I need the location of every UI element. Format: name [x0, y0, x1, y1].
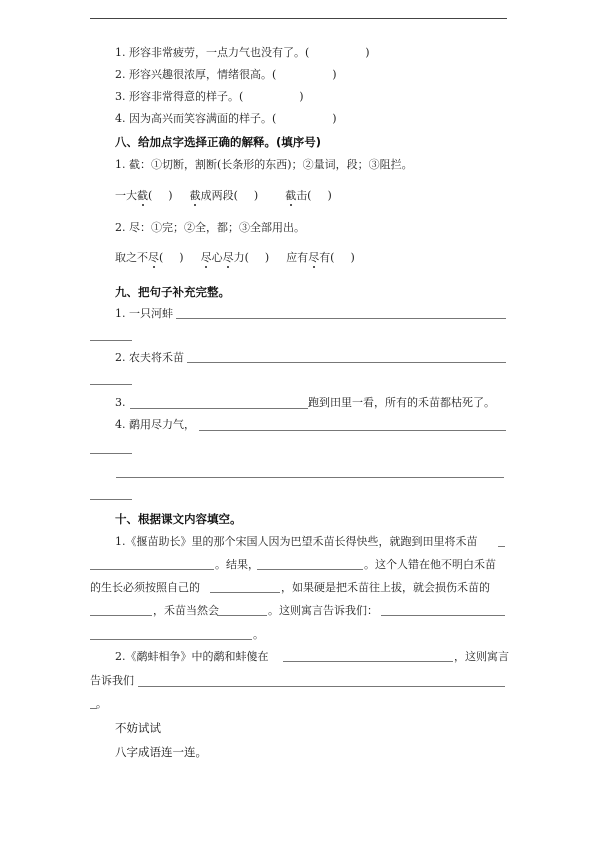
- item-number: 2.: [115, 68, 126, 81]
- p1-line-1: 1.《揠苗助长》里的那个宋国人因为巴望禾苗长得快些，就跑到田里将禾苗: [115, 535, 478, 549]
- p1-line-2b: 。这个人错在他不明白禾苗: [364, 558, 496, 572]
- p1-blank-5[interactable]: [217, 615, 267, 616]
- sentence-1-answer-line-cont[interactable]: [90, 340, 132, 341]
- idiom-item-2: 2. 形容兴趣很浓厚，情绪很高。(): [115, 68, 337, 82]
- p1-blank-1[interactable]: [90, 569, 214, 570]
- sentence-3-answer-line[interactable]: [130, 408, 308, 409]
- p2-line-1b: ，这则寓言: [454, 650, 509, 664]
- extra-subtitle: 八字成语连一连。: [115, 744, 207, 760]
- p1-blank-6[interactable]: [381, 615, 505, 616]
- sentence-3-label: 3.: [115, 396, 126, 410]
- q2-definition: 2. 尽：①完；②全，都；③全部用出。: [115, 221, 305, 235]
- p2-line-3: 。: [96, 697, 107, 711]
- sentence-2-answer-line-cont[interactable]: [90, 384, 132, 385]
- p1-line-4b: 。这则寓言告诉我们：: [268, 604, 378, 618]
- q1-options: 一大截() 截成两段() 截击(): [115, 189, 332, 203]
- p1-blank-2[interactable]: [257, 569, 363, 570]
- p1-blank-4[interactable]: [90, 615, 152, 616]
- item-text: 形容非常得意的样子。(: [129, 90, 243, 103]
- header-rule: [90, 18, 507, 19]
- q1-definition: 1. 截：①切断，割断(长条形的东西)；②量词，段；③阻拦。: [115, 158, 413, 172]
- dotted-char: 尽: [308, 251, 319, 265]
- item-text: 形容非常疲劳，一点力气也没有了。(: [129, 46, 309, 59]
- p2-line-1a: 2.《鹬蚌相争》中的鹬和蚌傻在: [115, 650, 269, 664]
- sentence-3-suffix: 跑到田里一看，所有的禾苗都枯死了。: [308, 396, 495, 410]
- sentence-1-label: 1. 一只河蚌: [115, 307, 173, 321]
- paren-close: ): [332, 112, 336, 125]
- sentence-2-label: 2. 农夫将禾苗: [115, 351, 184, 365]
- p1-line-3b: ，如果硬是把禾苗往上拔，就会损伤禾苗的: [281, 581, 490, 595]
- dotted-char: 截: [190, 189, 201, 203]
- dotted-char: 截: [285, 189, 296, 203]
- dotted-char: 尽: [201, 251, 212, 265]
- p2-blank-1[interactable]: [283, 661, 453, 662]
- p2-blank-2[interactable]: [138, 686, 505, 687]
- section-8-title: 八、给加点字选择正确的解释。(填序号): [115, 134, 321, 150]
- sentence-4-answer-line-cont[interactable]: [90, 453, 132, 454]
- paren-close: ): [299, 90, 303, 103]
- item-text: 形容兴趣很浓厚，情绪很高。(: [129, 68, 276, 81]
- sentence-4-label: 4. 鹬用尽力气，: [115, 418, 195, 432]
- p1-line-3a: 的生长必须按照自己的: [90, 581, 200, 595]
- idiom-item-1: 1. 形容非常疲劳，一点力气也没有了。(): [115, 46, 370, 60]
- p1-blank-3[interactable]: [210, 592, 280, 593]
- dotted-char: 尽: [148, 251, 159, 265]
- item-number: 1.: [115, 46, 126, 59]
- dotted-char: 尽: [223, 251, 234, 265]
- q2-options: 取之不尽() 尽心尽力() 应有尽有(): [115, 251, 355, 265]
- sentence-2-answer-line[interactable]: [187, 362, 506, 363]
- item-text: 因为高兴而笑容满面的样子。(: [129, 112, 276, 125]
- section-10-title: 十、根据课文内容填空。: [115, 511, 242, 527]
- item-number: 4.: [115, 112, 126, 125]
- paren-close: ): [365, 46, 369, 59]
- p2-line-2: 告诉我们: [90, 674, 134, 688]
- p1-blank-6-cont[interactable]: [90, 639, 252, 640]
- p1-line-4a: ，禾苗当然会: [153, 604, 219, 618]
- sentence-1-answer-line[interactable]: [176, 318, 506, 319]
- sentence-4-answer-line-2-cont[interactable]: [90, 499, 132, 500]
- idiom-item-3: 3. 形容非常得意的样子。(): [115, 90, 304, 104]
- item-number: 3.: [115, 90, 126, 103]
- p1-blank-1a[interactable]: [498, 546, 505, 547]
- extra-title: 不妨试试: [115, 720, 161, 736]
- p1-line-2a: 。结果，: [215, 558, 259, 572]
- idiom-item-4: 4. 因为高兴而笑容满面的样子。(): [115, 112, 337, 126]
- dotted-char: 截: [137, 189, 148, 203]
- p1-line-5: 。: [253, 628, 264, 642]
- paren-close: ): [332, 68, 336, 81]
- section-9-title: 九、把句子补充完整。: [115, 284, 230, 300]
- sentence-4-answer-line-2[interactable]: [116, 477, 504, 478]
- sentence-4-answer-line[interactable]: [199, 430, 506, 431]
